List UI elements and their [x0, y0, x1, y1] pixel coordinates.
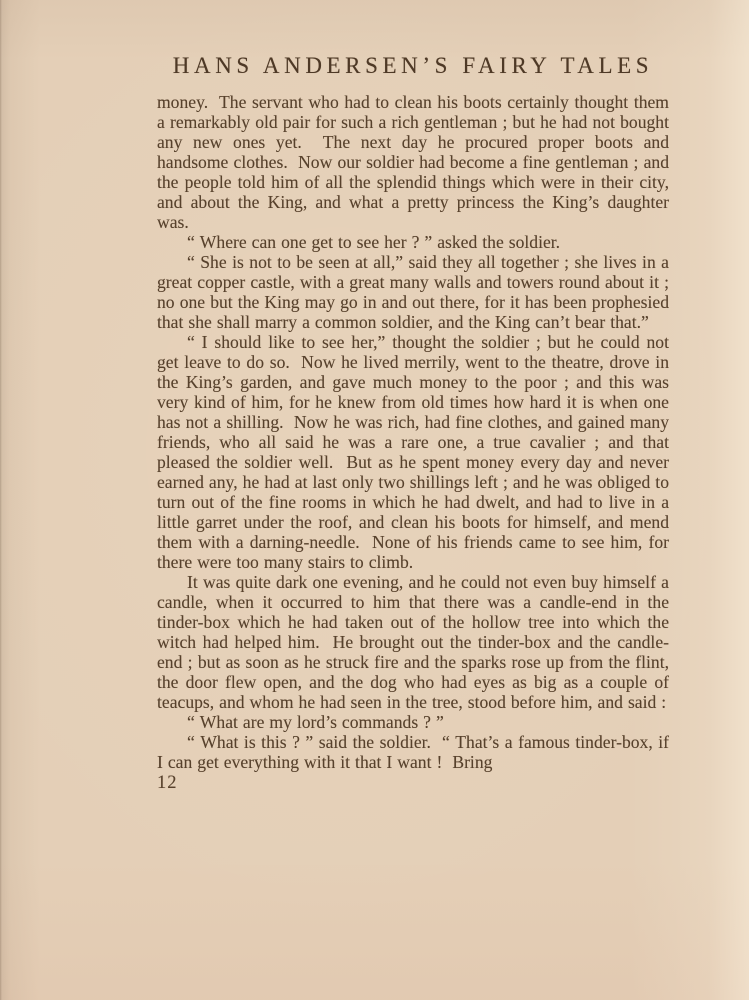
paragraph: “ I should like to see her,” thought the… — [157, 332, 669, 572]
paragraph: “ Where can one get to see her ? ” asked… — [157, 232, 669, 252]
body-copy: money. The servant who had to clean his … — [157, 92, 669, 772]
paragraph: money. The servant who had to clean his … — [157, 92, 669, 232]
book-page-scan: HANS ANDERSEN’S FAIRY TALES money. The s… — [0, 0, 749, 1000]
paragraph: “ What are my lord’s commands ? ” — [157, 712, 669, 732]
paragraph: It was quite dark one evening, and he co… — [157, 572, 669, 712]
page-number: 12 — [157, 773, 669, 793]
paragraph: “ What is this ? ” said the soldier. “ T… — [157, 732, 669, 772]
running-head: HANS ANDERSEN’S FAIRY TALES — [157, 53, 669, 79]
paragraph: “ She is not to be seen at all,” said th… — [157, 252, 669, 332]
text-block: HANS ANDERSEN’S FAIRY TALES money. The s… — [157, 53, 669, 793]
